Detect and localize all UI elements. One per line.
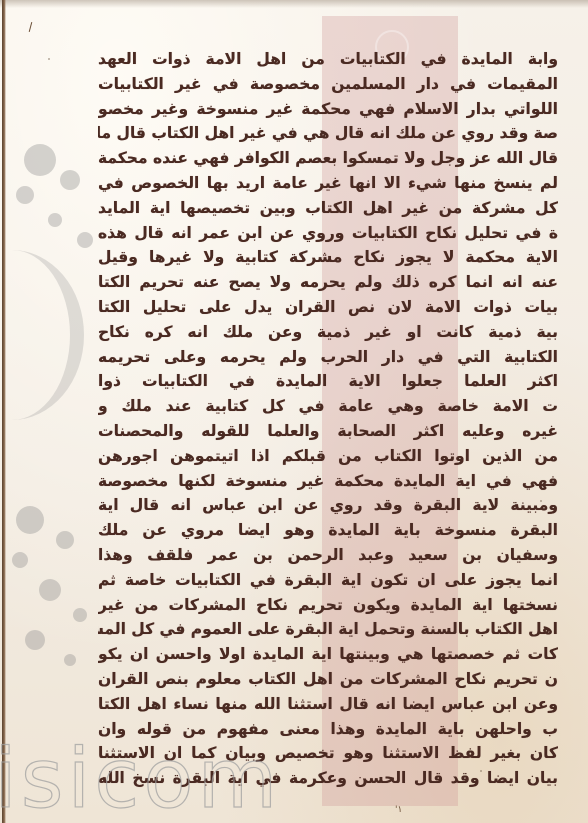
text-line-3: اللواتي بدار الاسلام فهي محكمة غير منسوخ… — [98, 97, 558, 122]
text-line-24: اهل الكتاب بالسنة وتحمل اية البقرة على ا… — [98, 617, 558, 642]
text-line-16: غيره وعليه اكثر الصحابة والعلما للقوله و… — [98, 419, 558, 444]
text-line-26: ن تحريم نكاح المشركات من اهل الكتاب معلو… — [98, 667, 558, 692]
text-line-8: ة في تحليل نكاح الكتابيات وروي عن ابن عم… — [98, 221, 558, 246]
text-line-20: البقرة منسوخة باية المايدة وهو ايضا مروي… — [98, 518, 558, 543]
text-line-9: الاية محكمة لا يجوز نكاح مشركة كتابية ول… — [98, 245, 558, 270]
text-line-18: فهي في اية المايدة محكمة غير منسوخة لكنه… — [98, 469, 558, 494]
text-line-21: وسفيان بن سعيد وعبد الرحمن بن عمر فلقف و… — [98, 543, 558, 568]
watermark-text: isicom — [0, 740, 281, 820]
margin-mark — [29, 22, 33, 32]
text-line-14: اكثر العلما جعلوا الاية المايدة في الكتا… — [98, 369, 558, 394]
text-line-27: وعن ابن عباس ايضا انه قال استثنا الله من… — [98, 692, 558, 717]
manuscript-text: وابة المايدة في الكتابيات من اهل الامة ذ… — [98, 47, 558, 791]
paper-speck — [480, 770, 482, 772]
manuscript-page: وابة المايدة في الكتابيات من اهل الامة ذ… — [0, 0, 588, 823]
text-line-2: المقيمات في دار المسلمين مخصوصة في غير ا… — [98, 72, 558, 97]
page-mark: '١ — [395, 805, 402, 815]
text-line-15: ت الامة خاصة وهي عامة في كل كتابية عند م… — [98, 394, 558, 419]
text-line-25: كات ثم خصصتها هي وبينتها اية المايدة اول… — [98, 642, 558, 667]
paper-speck — [540, 500, 542, 502]
text-line-7: كل مشركة من غير اهل الكتاب وبين تخصيصها … — [98, 196, 558, 221]
text-line-5: قال الله عز وجل ولا تمسكوا بعصم الكوافر … — [98, 146, 558, 171]
text-line-1: وابة المايدة في الكتابيات من اهل الامة ذ… — [98, 47, 558, 72]
text-line-4: صة وقد روي عن ملك انه قال هي في غير اهل … — [98, 121, 558, 146]
text-line-19: ومبينة لاية البقرة وقد روي عن ابن عباس ا… — [98, 493, 558, 518]
text-line-11: بيات ذوات الامة لان نص القران يدل على تح… — [98, 295, 558, 320]
text-line-13: الكتابية التي في دار الحرب ولم يحرمه وعل… — [98, 345, 558, 370]
text-line-23: نسختها اية المايدة ويكون تحريم نكاح المش… — [98, 593, 558, 618]
page-top-shadow — [0, 0, 588, 8]
text-line-6: لم ينسخ منها شيء الا انها غير عامة اريد … — [98, 171, 558, 196]
paper-speck — [48, 58, 50, 60]
text-line-17: من الذين اوتوا الكتاب من قبلكم اذا اتيتم… — [98, 444, 558, 469]
text-line-12: بية ذمية كانت او غير ذمية وعن ملك انه كر… — [98, 320, 558, 345]
text-line-22: انما يجوز على ان تكون اية البقرة في الكت… — [98, 568, 558, 593]
text-line-10: عنه انه انما كره ذلك ولم يحرمه ولا يصح ع… — [98, 270, 558, 295]
